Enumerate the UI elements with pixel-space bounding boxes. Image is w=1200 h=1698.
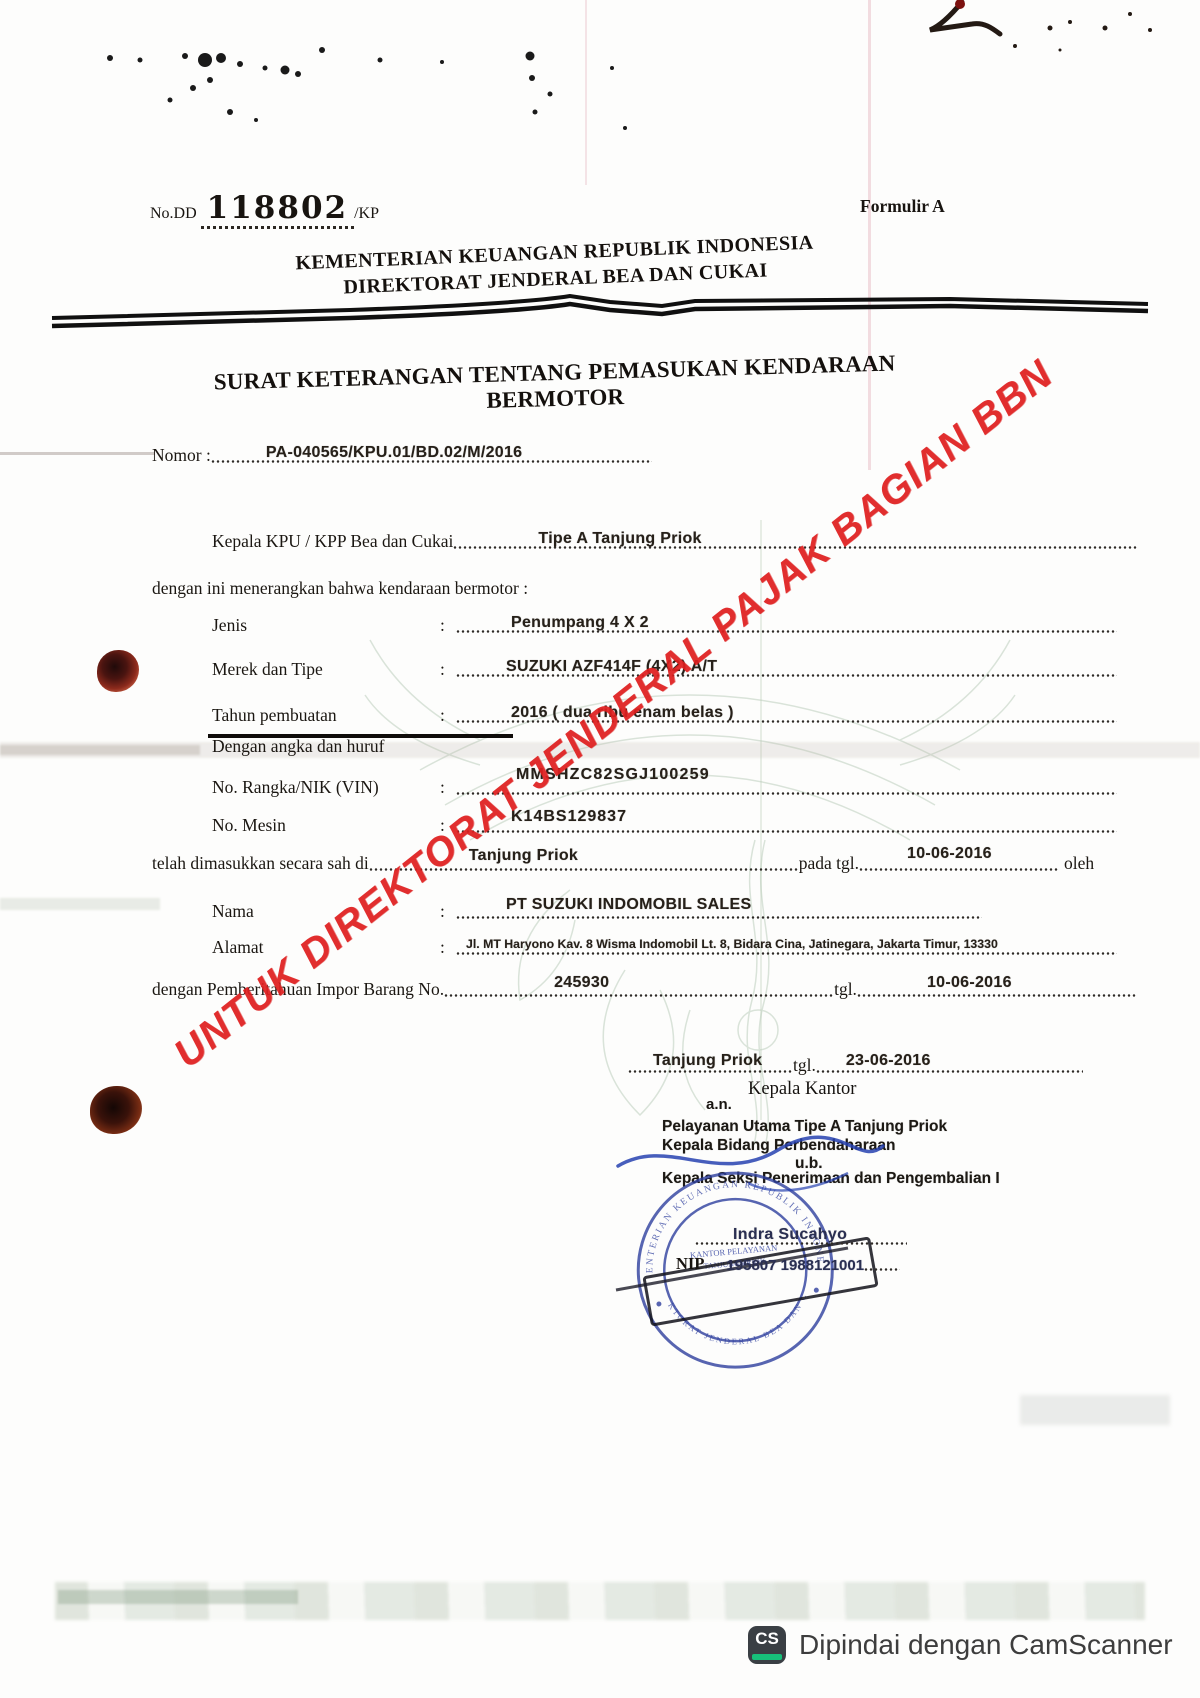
scan-smudge-band-left (0, 745, 200, 755)
double-rule (50, 292, 1150, 334)
camscanner-text: Dipindai dengan CamScanner (799, 1629, 1173, 1661)
jenis-value: Penumpang 4 X 2 (511, 614, 649, 632)
pen-scribble (900, 0, 1180, 90)
pib-number: 245930 (554, 974, 609, 992)
field-row-tahun: Tahun pembuatan : 2016 ( dua ribu enam b… (212, 704, 1117, 726)
form-code: Formulir A (860, 196, 945, 217)
merek-label: Merek dan Tipe (212, 659, 440, 680)
signer-name-row: Indra Sucahyo (695, 1226, 907, 1248)
nomor-label: Nomor : (152, 445, 211, 466)
kepala-row: Kepala KPU / KPP Bea dan Cukai Tipe A Ta… (212, 530, 1137, 552)
intro-line: dengan ini menerangkan bahwa kendaraan b… (152, 578, 528, 599)
corner-smudge (1020, 1395, 1170, 1425)
tahun-label: Tahun pembuatan (212, 705, 440, 726)
nomor-value: PA-040565/KPU.01/BD.02/M/2016 (266, 444, 523, 462)
signature-place: Tanjung Priok (653, 1052, 762, 1070)
tahun-sublabel: Dengan angka dan huruf (212, 736, 385, 757)
pib-date: 10-06-2016 (927, 974, 1012, 992)
signer-name: Indra Sucahyo (733, 1226, 847, 1244)
camscanner-footer: CS Dipindai dengan CamScanner (748, 1626, 1173, 1664)
form-number-label: No.DD (150, 205, 197, 222)
crease-left-nomor (0, 452, 155, 455)
entry-place: Tanjung Priok (469, 847, 578, 865)
form-number-value: 118802 (207, 190, 348, 226)
kepala-kantor-label: Kepala Kantor (748, 1079, 856, 1100)
alamat-value: Jl. MT Haryono Kav. 8 Wisma Indomobil Lt… (466, 937, 998, 951)
kepala-label: Kepala KPU / KPP Bea dan Cukai (212, 531, 453, 552)
kepala-value: Tipe A Tanjung Priok (538, 530, 701, 548)
document-title: SURAT KETERANGAN TENTANG PEMASUKAN KENDA… (144, 349, 965, 424)
rangka-label: No. Rangka/NIK (VIN) (212, 777, 440, 798)
camscanner-icon-bar (752, 1654, 782, 1660)
signature-date: 23-06-2016 (846, 1052, 931, 1070)
ink-specks (80, 18, 680, 138)
mesin-label: No. Mesin (212, 815, 440, 836)
green-smudge-strong (58, 1590, 298, 1604)
nip-label: NIP (676, 1254, 704, 1274)
field-row-mesin: No. Mesin : K14BS129837 (212, 814, 1117, 836)
entry-date: 10-06-2016 (907, 845, 992, 863)
scanned-document: No.DD 118802/KP Formulir A KEMENTERIAN K… (0, 0, 1200, 1698)
scan-smudge-nama (0, 898, 160, 910)
nama-value: PT SUZUKI INDOMOBIL SALES (506, 896, 751, 914)
field-row-jenis: Jenis : Penumpang 4 X 2 (212, 614, 1117, 636)
camscanner-icon-label: CS (748, 1629, 786, 1649)
ink-stain-bottom (90, 1086, 142, 1134)
ink-stain-top (97, 650, 139, 692)
camscanner-icon: CS (748, 1626, 786, 1664)
form-number: No.DD 118802/KP (150, 190, 379, 229)
nomor-row: Nomor : PA-040565/KPU.01/BD.02/M/2016 (152, 444, 652, 466)
jenis-label: Jenis (212, 615, 440, 636)
form-number-suffix: /KP (354, 205, 379, 222)
field-row-rangka: No. Rangka/NIK (VIN) : MMSHZC82SGJ100259 (212, 776, 1117, 798)
nip-value: 195807 1988121001 (726, 1257, 864, 1274)
entry-line: telah dimasukkan secara sah di Tanjung P… (152, 852, 1152, 874)
signature-date-row: Tanjung Priok tgl. 23-06-2016 (628, 1054, 1083, 1076)
an-label: a.n. (706, 1096, 732, 1113)
nip-row: NIP 195807 1988121001 (676, 1252, 900, 1274)
